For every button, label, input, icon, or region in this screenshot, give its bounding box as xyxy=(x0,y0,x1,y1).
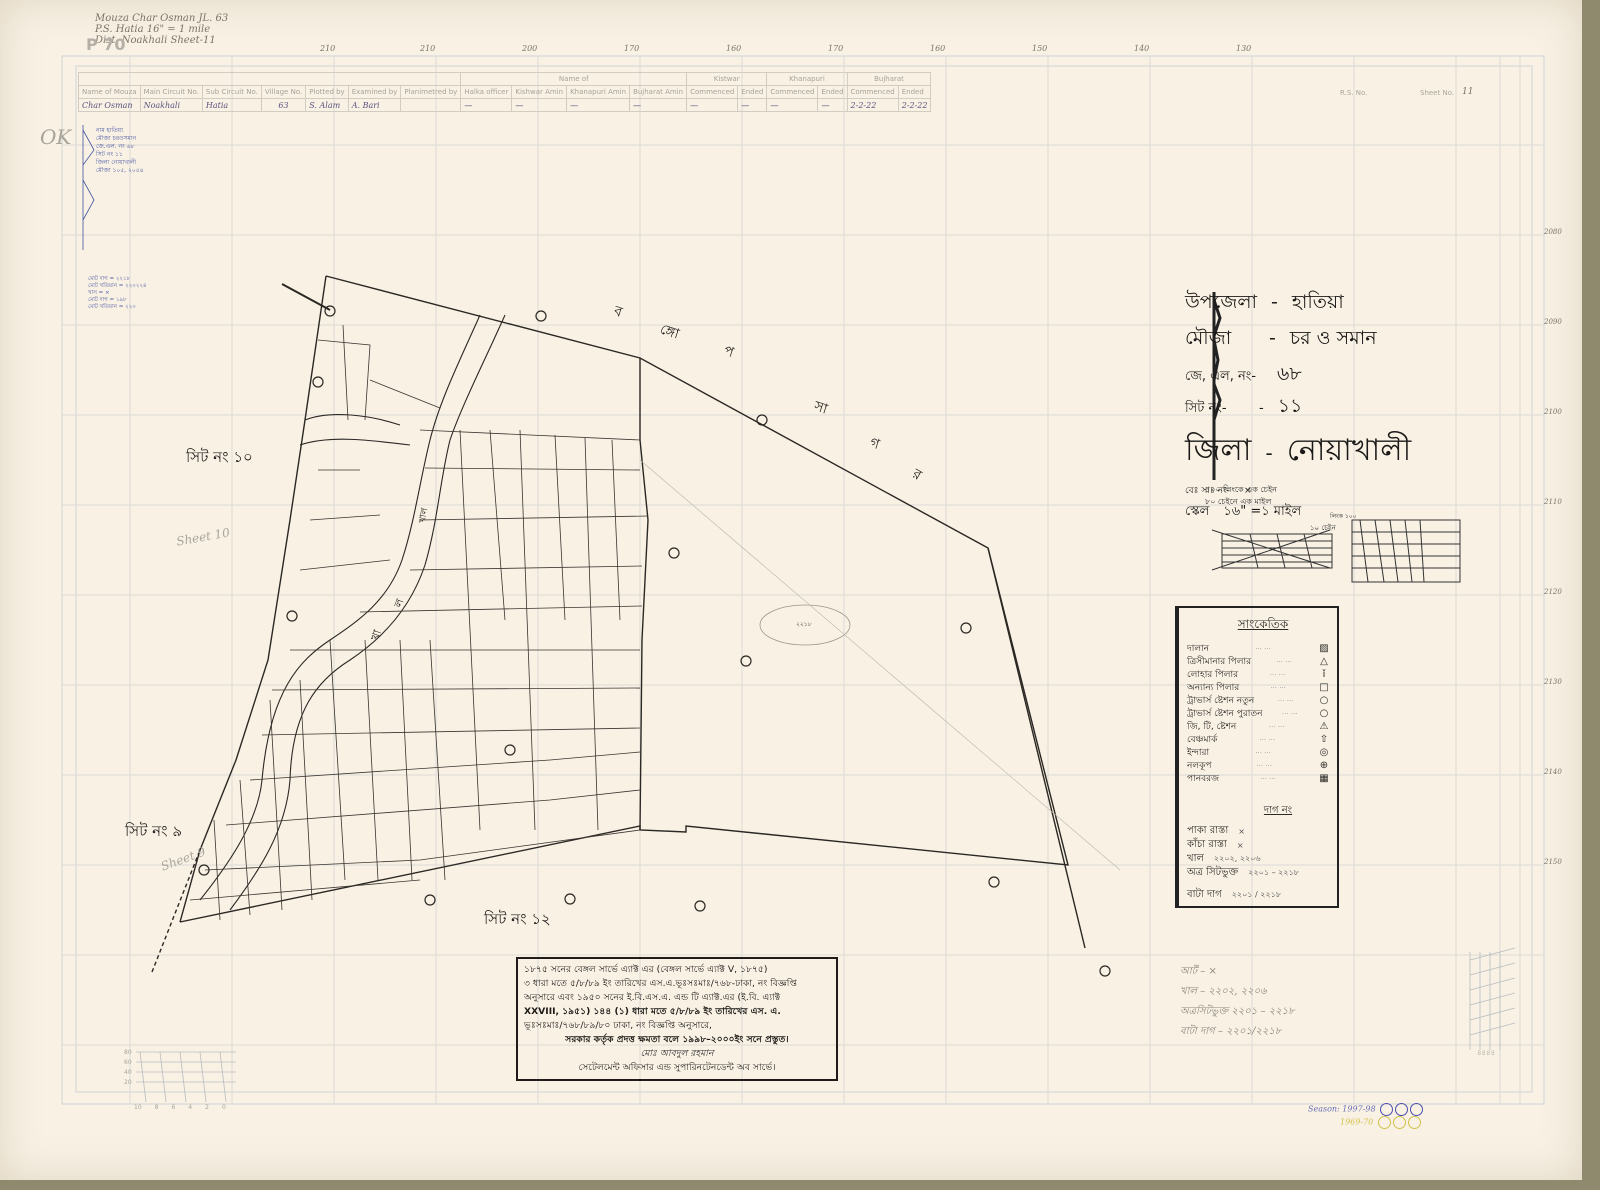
dag-value: ২২০১ – ২২১৮ xyxy=(1248,867,1299,880)
upazila-line: উপজেলা- হাতিয়া xyxy=(1185,288,1445,320)
season-stamp-2: 1969-70 xyxy=(1340,1116,1421,1129)
benchmark-icon: ⇧ xyxy=(1317,734,1331,745)
mouza-label: মৌজা xyxy=(1185,324,1255,356)
column-header: Main Circuit No. xyxy=(140,86,202,99)
table-cell: — xyxy=(512,99,567,112)
table-cell: — xyxy=(738,99,767,112)
margin-note-line: মোট দাগ = ২২১৮ xyxy=(88,276,147,283)
tick-label: 150 xyxy=(1032,44,1134,53)
margin-note-line: খাস = × xyxy=(88,290,147,297)
pencil-notes: আর্ট – × খাল – ২২০২, ২২০৬ অত্রসিটভুক্ত ২… xyxy=(1180,962,1295,1042)
district-line: জিলা- নোয়াখালী xyxy=(1185,426,1445,477)
circle-mark xyxy=(1393,1116,1406,1129)
table-cell: Hatia xyxy=(202,99,261,112)
other-pillar-icon: □ xyxy=(1317,682,1331,693)
table-cell: — xyxy=(687,99,738,112)
notice-line: সেটেলমেন্ট অফিসার এন্ড সুপারিনটেনডেন্ট অ… xyxy=(524,1061,830,1075)
scale-text-line: ৮০ চেইনে এক মাইল xyxy=(1205,496,1277,508)
margin-note-line: মোট খতিয়ান = ২২০ xyxy=(88,304,147,311)
column-header: Commenced xyxy=(847,86,898,99)
tick-label: 2090 xyxy=(1544,318,1562,408)
dag-item: বাটা দাগ২২০১ / ২২১৮ xyxy=(1179,888,1337,902)
margin-note-line: জিলা নোয়াখালী xyxy=(96,159,144,167)
tick-label: 8 xyxy=(155,1104,159,1111)
notice-line: সরকার কর্তৃক প্রদত্ত ক্ষমতা বলে ১৯৯৮–২০০… xyxy=(524,1033,830,1047)
tubewell-icon: ⊕ xyxy=(1317,760,1331,771)
map-sheet: Mouza Char Osman JL. 63 P.S. Hatia 16" =… xyxy=(0,0,1582,1180)
notice-line: ১৮৭৫ সনের বেঙ্গল সার্ভে এ্যাক্ট এর (বেঙ্… xyxy=(524,963,830,977)
dag-item: অত্র সিটভুক্ত২২০১ – ২২১৮ xyxy=(1179,866,1337,880)
column-header: Bujharat Amin xyxy=(630,86,687,99)
value-row: Char Osman Noakhali Hatia 63 S. Alam A. … xyxy=(79,99,931,112)
upazila-value: হাতিয়া xyxy=(1292,288,1344,320)
table-cell: — xyxy=(818,99,847,112)
tick-label: 160 xyxy=(726,44,828,53)
circle-mark xyxy=(1410,1103,1423,1116)
legend-item: পানবরজ··· ···▦ xyxy=(1179,772,1337,785)
circle-mark xyxy=(1408,1116,1421,1129)
dag-label: বাটা দাগ xyxy=(1187,887,1222,904)
header-row: Name of Mouza Main Circuit No. Sub Circu… xyxy=(79,86,931,99)
notice-line: ভূঃসঃমাঃ/৭৬৮/৮৯/৮০ ঢাকা, নং বিজ্ঞপ্তি অন… xyxy=(524,1019,830,1033)
jl-label: জে, এল, নং- xyxy=(1185,367,1263,388)
column-header: Commenced xyxy=(767,86,818,99)
margin-note-line: সিট নং ১১ xyxy=(96,151,144,159)
scale-bar-text: ১০০ লিংকে এক চেইন ৮০ চেইনে এক মাইল xyxy=(1205,484,1277,508)
tick-label: 10 xyxy=(134,1104,142,1111)
margin-note-line: মৌজা ১০৫, ২০৫৪ xyxy=(96,167,144,175)
circle-mark xyxy=(1395,1103,1408,1116)
pencil-note-line: অত্রসিটভুক্ত ২২০১ – ২২১৮ xyxy=(1180,1002,1295,1022)
margin-note-line: নাম হাতিয়া xyxy=(96,127,144,135)
group-header: Bujharat xyxy=(847,73,931,86)
table-cell: 2-2-22 xyxy=(847,99,898,112)
tick-label: 170 xyxy=(828,44,930,53)
canal-label: খাল xyxy=(415,507,432,525)
column-header: Examined by xyxy=(348,86,401,99)
tick-label: 2150 xyxy=(1544,858,1562,948)
tick-label: 80 xyxy=(124,1048,132,1058)
tick-label: 2100 xyxy=(1544,408,1562,498)
notice-line: অনুসারে এবং ১৯৫০ সনের ই.বি.এস.এ. এন্ড টি… xyxy=(524,991,830,1005)
sheet-value: ১১ xyxy=(1278,392,1303,424)
table-cell: S. Alam xyxy=(306,99,349,112)
sheet-label: সিট নং- xyxy=(1185,399,1245,420)
column-header: Ended xyxy=(898,86,931,99)
group-header: Kistwar xyxy=(687,73,767,86)
traverse-station-old-icon: ○ xyxy=(1317,708,1331,719)
tick-label: 20 xyxy=(124,1078,132,1088)
table-cell: — xyxy=(630,99,687,112)
sheet-header-table: Name of Kistwar Khanapuri Bujharat Name … xyxy=(78,72,931,112)
margin-note-line: মৌজা চরওসমান xyxy=(96,135,144,143)
table-cell: — xyxy=(461,99,512,112)
corner-note-line: P.S. Hatia 16" = 1 mile xyxy=(95,24,228,35)
district-value: নোয়াখালী xyxy=(1287,426,1412,477)
column-header: Plotted by xyxy=(306,86,349,99)
adjacent-sheet-label-10: সিট নং ১০ xyxy=(186,446,253,471)
district-label: জিলা xyxy=(1185,426,1251,477)
jl-value: ৬৮ xyxy=(1277,360,1302,392)
tick-label: 160 xyxy=(930,44,1032,53)
group-header: Name of xyxy=(461,73,687,86)
margin-note-block-2: মোট দাগ = ২২১৮ মোট খতিয়ান = ২২০২২৪ খাস … xyxy=(88,276,147,311)
plate-code: P 70 xyxy=(86,35,126,54)
table-cell: — xyxy=(567,99,630,112)
sheet-no-line: সিট নং-- ১১ xyxy=(1185,392,1445,424)
iron-pillar-icon: ǐ xyxy=(1317,669,1331,680)
ok-mark: OK xyxy=(40,125,71,149)
map-legend: সাংকেতিক দালান··· ···▨ ত্রিসীমানার পিলার… xyxy=(1175,606,1339,908)
scale-text-line: ১০০ লিংকে এক চেইন xyxy=(1205,484,1277,496)
column-header: Ended xyxy=(738,86,767,99)
betel-garden-icon: ▦ xyxy=(1317,773,1331,784)
bl-scale-x: 10 8 6 4 2 0 xyxy=(134,1104,226,1111)
center-plot-number: ২২১৮ xyxy=(796,619,812,630)
rs-no-label: R.S. No. xyxy=(1340,89,1367,97)
season-label: Season: 1997-98 xyxy=(1308,1105,1376,1114)
circle-mark xyxy=(1380,1103,1393,1116)
right-scale: 2080 2090 2100 2110 2120 2130 2140 2150 xyxy=(1544,228,1562,948)
chain-label: ১০ চেইন xyxy=(1310,522,1336,534)
links-label: লিংক ১০০ xyxy=(1330,511,1357,522)
building-icon: ▨ xyxy=(1317,643,1331,654)
adjacent-sheet-label-12: সিট নং ১২ xyxy=(484,908,551,933)
column-header: Kishwar Amin xyxy=(512,86,567,99)
upazila-label: উপজেলা xyxy=(1185,288,1257,320)
dag-value: × xyxy=(1237,841,1244,850)
tick-label: 210 xyxy=(320,44,420,53)
certification-notice: ১৮৭৫ সনের বেঙ্গল সার্ভে এ্যাক্ট এর (বেঙ্… xyxy=(516,957,838,1081)
tick-label: 2140 xyxy=(1544,768,1562,858)
sheet-no-label: Sheet No. xyxy=(1420,89,1454,97)
tick-label: 200 xyxy=(522,44,624,53)
column-header: Khanapuri Amin xyxy=(567,86,630,99)
pencil-note-line: বাটা দাগ – ২২০১/২২১৮ xyxy=(1180,1022,1295,1042)
margin-note-line: মোট খতিয়ান = ২২০২২৪ xyxy=(88,283,147,290)
table-cell: Char Osman xyxy=(79,99,141,112)
tick-label: 6 xyxy=(171,1104,175,1111)
circle-mark xyxy=(1378,1116,1391,1129)
column-header: Halka officer xyxy=(461,86,512,99)
officer-signature: মোঃ আবদুল রহমান xyxy=(524,1047,830,1061)
dag-label: অত্র সিটভুক্ত xyxy=(1187,865,1238,882)
dag-title: দাগ নং xyxy=(1219,803,1337,820)
notice-line: ৩ ধারা মতে ৫/৮/৮৯ ইং তারিখের এস.এ.ভূঃসঃম… xyxy=(524,977,830,991)
table-cell: 63 xyxy=(261,99,305,112)
well-icon: ◎ xyxy=(1317,747,1331,758)
dag-value: ২২০১ / ২২১৮ xyxy=(1232,889,1281,902)
column-header: Village No. xyxy=(261,86,305,99)
table-cell: A. Bari xyxy=(348,99,401,112)
column-header: Commenced xyxy=(687,86,738,99)
group-header: Khanapuri xyxy=(767,73,847,86)
sheet-no-value: 11 xyxy=(1462,87,1473,97)
tick-label: 60 xyxy=(124,1058,132,1068)
mouza-value: চর ও সমান xyxy=(1290,324,1377,356)
tick-label: 4 xyxy=(188,1104,192,1111)
adjacent-sheet-label-9: সিট নং ৯ xyxy=(125,820,182,845)
tick-label: 40 xyxy=(124,1068,132,1078)
column-header: Sub Circuit No. xyxy=(202,86,261,99)
tick-label: 210 xyxy=(420,44,522,53)
tick-label: 2080 xyxy=(1544,228,1562,318)
tick-label: 130 xyxy=(1236,44,1338,53)
season-stamp: Season: 1997-98 xyxy=(1308,1103,1423,1116)
table-cell xyxy=(401,99,461,112)
tick-label: 2110 xyxy=(1544,498,1562,588)
margin-note-line: জে.এল. নং ৬৮ xyxy=(96,143,144,151)
column-header: Name of Mouza xyxy=(79,86,141,99)
top-scale: 210 210 200 170 160 170 160 150 140 130 xyxy=(320,44,1338,53)
stamp-number: ৪৪৪৪ xyxy=(1477,1047,1495,1059)
season-label: 1969-70 xyxy=(1340,1118,1373,1127)
tick-label: 0 xyxy=(222,1104,226,1111)
traverse-station-new-icon: ○ xyxy=(1317,695,1331,706)
column-header: Ended xyxy=(818,86,847,99)
legend-label: পানবরজ xyxy=(1187,771,1219,786)
pencil-note-line: আর্ট – × xyxy=(1180,962,1295,982)
tick-label: 2130 xyxy=(1544,678,1562,768)
mouza-line: মৌজা- চর ও সমান xyxy=(1185,324,1445,356)
tick-label: 2 xyxy=(205,1104,209,1111)
margin-note-block-1: নাম হাতিয়া মৌজা চরওসমান জে.এল. নং ৬৮ সি… xyxy=(96,127,144,175)
tick-label: 2120 xyxy=(1544,588,1562,678)
table-cell: Noakhali xyxy=(140,99,202,112)
tick-label: 170 xyxy=(624,44,726,53)
corner-note-line: Mouza Char Osman JL. 63 xyxy=(95,13,228,24)
table-cell: 2-2-22 xyxy=(898,99,931,112)
column-header: Planimetred by xyxy=(401,86,461,99)
gt-station-icon: ⚠ xyxy=(1317,721,1331,732)
jl-line: জে, এল, নং- ৬৮ xyxy=(1185,360,1445,392)
legend-title: সাংকেতিক xyxy=(1189,616,1337,636)
pencil-note-line: খাল – ২২০২, ২২০৬ xyxy=(1180,982,1295,1002)
bl-scale-y: 80 60 40 20 xyxy=(124,1048,132,1088)
trijunction-pillar-icon: △ xyxy=(1317,656,1331,667)
dag-value: × xyxy=(1238,827,1245,836)
table-cell: — xyxy=(767,99,818,112)
tick-label: 140 xyxy=(1134,44,1236,53)
notice-line: XXVIII, ১৯৫১) ১৪৪ (১) ধারা মতে ৫/৮/৮৯ ইং… xyxy=(524,1005,830,1019)
margin-note-line: মোট দাগ = ১৯৮ xyxy=(88,297,147,304)
